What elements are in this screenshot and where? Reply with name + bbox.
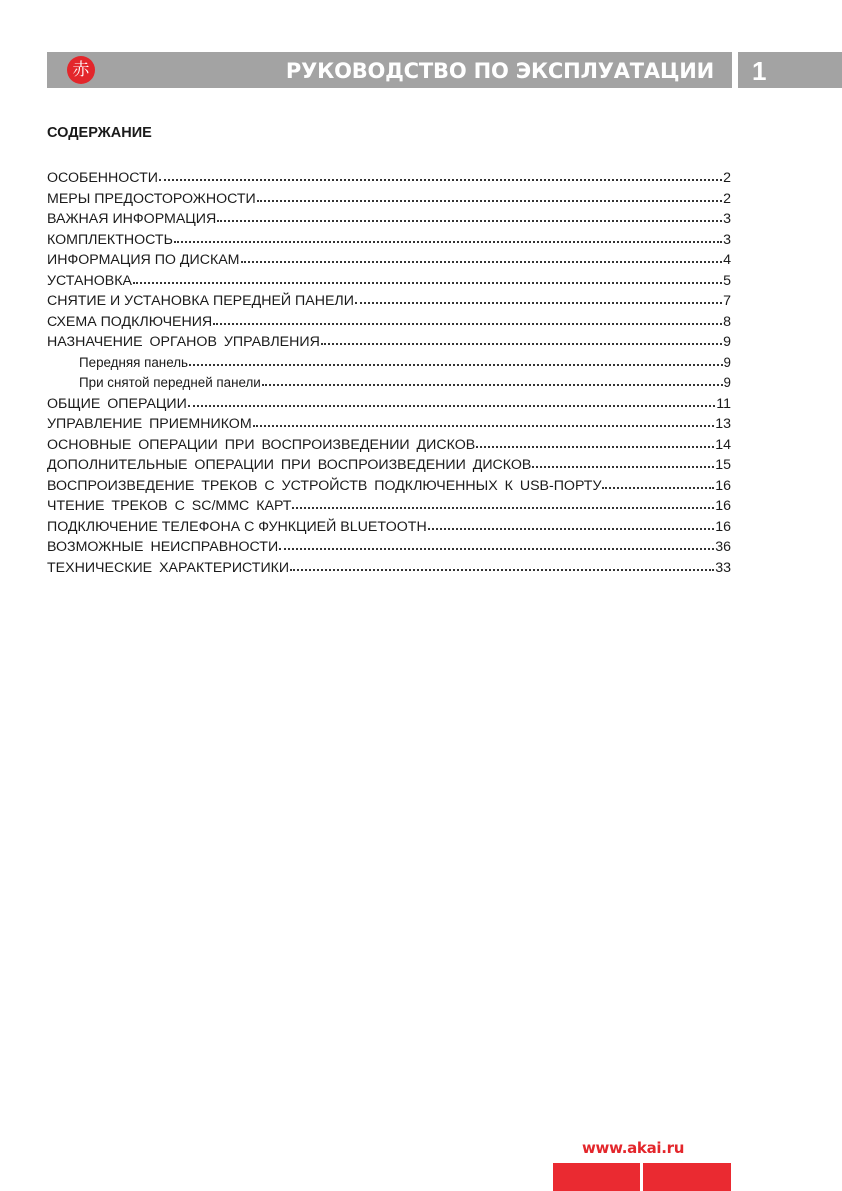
dot-leader xyxy=(257,199,722,202)
toc-entry-page: 9 xyxy=(724,375,731,390)
toc-entry-title: ИНФОРМАЦИЯ ПО ДИСКАМ xyxy=(47,252,240,268)
toc-entry[interactable]: ЧТЕНИЕ ТРЕКОВ С SC/MMC КАРТ16 xyxy=(47,498,731,519)
toc-entry-title: НАЗНАЧЕНИЕ ОРГАНОВ УПРАВЛЕНИЯ xyxy=(47,334,320,350)
dot-leader xyxy=(290,568,714,571)
toc-entry-page: 7 xyxy=(723,293,731,309)
toc-entry-title: ДОПОЛНИТЕЛЬНЫЕ ОПЕРАЦИИ ПРИ ВОСПРОИЗВЕДЕ… xyxy=(47,457,531,473)
toc-entry-title: СХЕМА ПОДКЛЮЧЕНИЯ xyxy=(47,314,212,330)
dot-leader xyxy=(279,547,714,550)
toc-entry[interactable]: ОСНОВНЫЕ ОПЕРАЦИИ ПРИ ВОСПРОИЗВЕДЕНИИ ДИ… xyxy=(47,437,731,458)
toc-entry[interactable]: ВОЗМОЖНЫЕ НЕИСПРАВНОСТИ36 xyxy=(47,539,731,560)
website-link[interactable]: www.akai.ru xyxy=(582,1139,684,1157)
toc-entry[interactable]: УПРАВЛЕНИЕ ПРИЕМНИКОМ13 xyxy=(47,416,731,437)
toc-entry-page: 9 xyxy=(724,355,731,370)
toc-entry-page: 8 xyxy=(723,314,731,330)
toc-entry-page: 16 xyxy=(715,498,731,514)
toc-entry-page: 11 xyxy=(716,396,731,412)
page-number: 1 xyxy=(752,52,766,91)
toc-entry[interactable]: ТЕХНИЧЕСКИЕ ХАРАКТЕРИСТИКИ33 xyxy=(47,560,731,581)
dot-leader xyxy=(241,260,723,263)
toc-entry-title: ОБЩИЕ ОПЕРАЦИИ xyxy=(47,396,187,412)
toc-entry-title: ВАЖНАЯ ИНФОРМАЦИЯ xyxy=(47,211,216,227)
toc-entry-page: 16 xyxy=(715,519,731,535)
document-title: РУКОВОДСТВО ПО ЭКСПЛУАТАЦИИ xyxy=(286,52,714,88)
toc-entry-title: Передняя панель xyxy=(79,355,188,370)
toc-entry-title: КОМПЛЕКТНОСТЬ xyxy=(47,232,173,248)
dot-leader xyxy=(292,506,714,509)
toc-entry[interactable]: ВОСПРОИЗВЕДЕНИЕ ТРЕКОВ С УСТРОЙСТВ ПОДКЛ… xyxy=(47,478,731,499)
dot-leader xyxy=(355,301,722,304)
toc-entry-page: 4 xyxy=(723,252,731,268)
toc-entry-title: МЕРЫ ПРЕДОСТОРОЖНОСТИ xyxy=(47,191,256,207)
toc-entry-title: При снятой передней панели xyxy=(79,375,261,390)
dot-leader xyxy=(253,424,715,427)
toc-entry-page: 36 xyxy=(715,539,731,555)
toc-entry[interactable]: СХЕМА ПОДКЛЮЧЕНИЯ8 xyxy=(47,314,731,335)
toc-entry-title: ЧТЕНИЕ ТРЕКОВ С SC/MMC КАРТ xyxy=(47,498,291,514)
akai-logo-icon: 赤 xyxy=(67,56,95,84)
toc-heading: СОДЕРЖАНИЕ xyxy=(47,125,152,141)
toc-entry[interactable]: ПОДКЛЮЧЕНИЕ ТЕЛЕФОНА С ФУНКЦИЕЙ BLUETOOT… xyxy=(47,519,731,540)
toc-subentry[interactable]: При снятой передней панели9 xyxy=(47,375,731,396)
toc-entry[interactable]: УСТАНОВКА5 xyxy=(47,273,731,294)
toc-entry-page: 15 xyxy=(715,457,731,473)
page-number-box: 1 xyxy=(738,52,842,88)
dot-leader xyxy=(188,404,715,407)
dot-leader xyxy=(321,342,722,345)
toc-entry[interactable]: ДОПОЛНИТЕЛЬНЫЕ ОПЕРАЦИИ ПРИ ВОСПРОИЗВЕДЕ… xyxy=(47,457,731,478)
dot-leader xyxy=(262,383,723,386)
toc-entry[interactable]: ИНФОРМАЦИЯ ПО ДИСКАМ4 xyxy=(47,252,731,273)
header-bar: 赤 РУКОВОДСТВО ПО ЭКСПЛУАТАЦИИ xyxy=(47,52,732,88)
toc-entry-page: 2 xyxy=(723,170,731,186)
dot-leader xyxy=(213,322,722,325)
toc-entry[interactable]: ОСОБЕННОСТИ2 xyxy=(47,170,731,191)
toc-entry-page: 2 xyxy=(723,191,731,207)
toc-entry-title: ТЕХНИЧЕСКИЕ ХАРАКТЕРИСТИКИ xyxy=(47,560,289,576)
toc-entry-title: ВОЗМОЖНЫЕ НЕИСПРАВНОСТИ xyxy=(47,539,278,555)
toc-entry-title: ОСНОВНЫЕ ОПЕРАЦИИ ПРИ ВОСПРОИЗВЕДЕНИИ ДИ… xyxy=(47,437,475,453)
toc-entry-page: 5 xyxy=(723,273,731,289)
footer-red-block-left xyxy=(553,1163,640,1191)
toc-entry-page: 13 xyxy=(715,416,731,432)
toc-entry-page: 16 xyxy=(715,478,731,494)
toc-entry-page: 9 xyxy=(723,334,731,350)
dot-leader xyxy=(476,445,714,448)
dot-leader xyxy=(217,219,722,222)
toc-entry-title: ВОСПРОИЗВЕДЕНИЕ ТРЕКОВ С УСТРОЙСТВ ПОДКЛ… xyxy=(47,478,601,494)
toc-entry[interactable]: НАЗНАЧЕНИЕ ОРГАНОВ УПРАВЛЕНИЯ9 xyxy=(47,334,731,355)
toc-entry-page: 14 xyxy=(715,437,731,453)
toc-entry[interactable]: ВАЖНАЯ ИНФОРМАЦИЯ3 xyxy=(47,211,731,232)
toc-entry-title: УСТАНОВКА xyxy=(47,273,132,289)
toc-subentry[interactable]: Передняя панель9 xyxy=(47,355,731,376)
toc-entry-title: ПОДКЛЮЧЕНИЕ ТЕЛЕФОНА С ФУНКЦИЕЙ BLUETOOT… xyxy=(47,519,427,535)
toc-entry-page: 3 xyxy=(723,211,731,227)
toc-entry[interactable]: МЕРЫ ПРЕДОСТОРОЖНОСТИ2 xyxy=(47,191,731,212)
table-of-contents: ОСОБЕННОСТИ2МЕРЫ ПРЕДОСТОРОЖНОСТИ2ВАЖНАЯ… xyxy=(47,170,731,580)
toc-entry[interactable]: СНЯТИЕ И УСТАНОВКА ПЕРЕДНЕЙ ПАНЕЛИ7 xyxy=(47,293,731,314)
toc-entry-page: 3 xyxy=(723,232,731,248)
toc-entry[interactable]: КОМПЛЕКТНОСТЬ3 xyxy=(47,232,731,253)
toc-entry-title: ОСОБЕННОСТИ xyxy=(47,170,158,186)
toc-entry-title: УПРАВЛЕНИЕ ПРИЕМНИКОМ xyxy=(47,416,252,432)
toc-entry-page: 33 xyxy=(715,560,731,576)
dot-leader xyxy=(133,281,722,284)
toc-entry[interactable]: ОБЩИЕ ОПЕРАЦИИ11 xyxy=(47,396,731,417)
dot-leader xyxy=(532,465,714,468)
dot-leader xyxy=(602,486,714,489)
dot-leader xyxy=(189,363,723,366)
dot-leader xyxy=(428,527,715,530)
dot-leader xyxy=(174,240,722,243)
toc-entry-title: СНЯТИЕ И УСТАНОВКА ПЕРЕДНЕЙ ПАНЕЛИ xyxy=(47,293,354,309)
dot-leader xyxy=(159,178,722,181)
footer-red-block-right xyxy=(643,1163,731,1191)
